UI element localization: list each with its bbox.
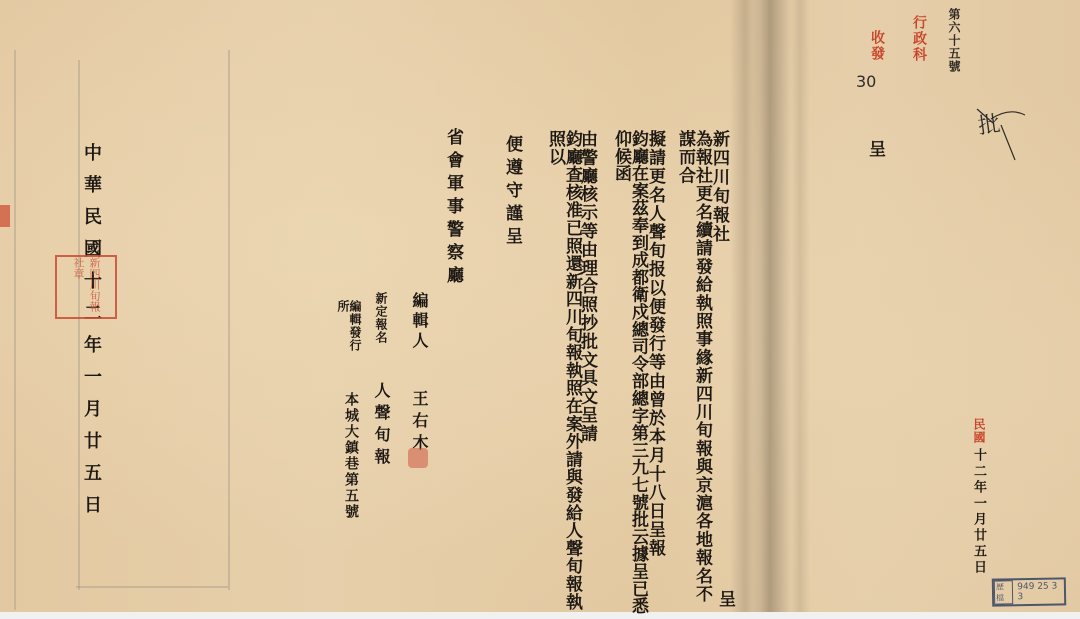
fold-crease-center xyxy=(752,0,792,612)
office-address: 本城大鎮巷第五號 xyxy=(344,392,358,520)
red-annotation-receipt: 收發 xyxy=(870,30,884,62)
body-column-5: 鈞廳查核准已照還新四川旬報執照在案外請與發給人聲旬報執照以 xyxy=(546,130,580,619)
archive-stamp-prefix: 歷檔 xyxy=(994,580,1014,604)
pencil-number: 30 xyxy=(856,72,876,91)
ruled-line xyxy=(76,586,228,588)
editor-name: 王右木 xyxy=(411,390,427,456)
archive-stamp: 歷檔 949 25 3 3 xyxy=(992,577,1066,606)
archive-stamp-number: 949 25 3 3 xyxy=(1017,581,1064,602)
newspaper-square-seal: 新四川旬報社章 xyxy=(55,255,117,319)
edge-seal-fragment xyxy=(0,205,10,227)
body-column-3: 鈞廳在案茲奉到成都衛戍總司令部總字第三九七號批云據呈已悉仰候函 xyxy=(612,130,646,619)
receipt-date-ink: 十二年一月廿五日 xyxy=(972,448,985,576)
fold-crease-edge xyxy=(790,0,810,612)
new-name-value: 人聲旬報 xyxy=(373,382,389,470)
editor-label: 編輯人 xyxy=(411,292,427,352)
addressee: 省會軍事警察廳 xyxy=(444,128,461,289)
ruled-line xyxy=(78,60,80,590)
body-column-1: 為報社更名續請發給執照事緣新四川旬報與京滬各地報名不謀而合 xyxy=(676,130,710,619)
document-paper xyxy=(0,0,1080,612)
date-line: 中華民國十二年一月廿五日 xyxy=(82,143,100,527)
approval-stroke-icon xyxy=(975,105,1035,165)
ruled-line xyxy=(228,50,230,590)
ink-annotation-number: 第六十五號 xyxy=(948,8,960,73)
header-cheng-mark: 呈 xyxy=(866,140,883,159)
new-name-label: 新定報名 xyxy=(375,292,387,344)
closing-cheng-mark: 呈 xyxy=(716,590,733,609)
red-annotation-department: 行政科 xyxy=(912,15,926,63)
body-column-6: 便遵守謹呈 xyxy=(503,135,520,250)
ruled-line xyxy=(14,50,16,610)
receipt-date-red: 民國 xyxy=(973,418,985,444)
sender-name-column: 新四川旬報社 xyxy=(710,130,727,244)
bottom-border xyxy=(0,612,1080,619)
editor-seal xyxy=(408,448,428,468)
body-column-2: 擬請更名人聲旬报以便發行等由曾於本月十八日呈報 xyxy=(646,130,663,558)
office-label: 編輯發行所 xyxy=(337,300,361,360)
